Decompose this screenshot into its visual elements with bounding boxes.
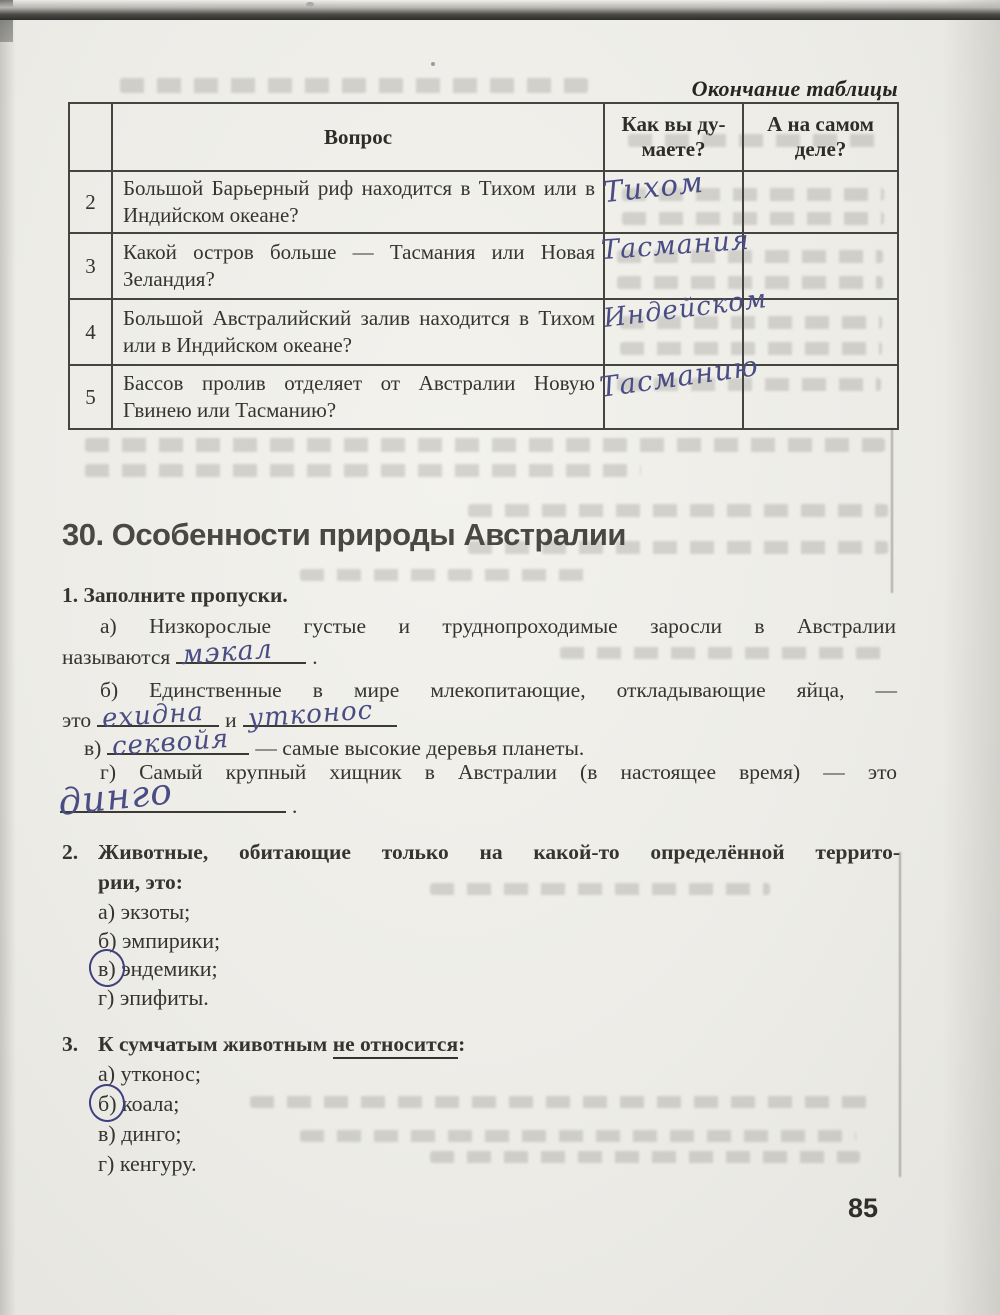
fill-blank: мэкал bbox=[176, 640, 306, 664]
exercise1-d-suffix: . bbox=[292, 794, 297, 818]
exercise1-a-line1: а) Низкорослые густые и труднопроходимые… bbox=[100, 613, 896, 639]
exercise1-a-suffix: . bbox=[312, 645, 317, 669]
fill-blank: ехидна bbox=[97, 703, 219, 727]
exercise2-option-a: а) экзоты; bbox=[98, 899, 190, 925]
row-number: 3 bbox=[69, 233, 112, 299]
table-row: 5 Бассов пролив отделяет от Австралии Но… bbox=[69, 365, 898, 429]
guess-cell: Тихом bbox=[604, 171, 743, 233]
exercise1-b-prefix: это bbox=[62, 708, 91, 732]
handwritten-answer: мэкал bbox=[180, 637, 274, 669]
table-header-actual: А на самом деле? bbox=[743, 103, 898, 171]
actual-cell-empty bbox=[743, 171, 898, 233]
table-row: 3 Какой остров больше — Тасмания или Нов… bbox=[69, 233, 898, 299]
exercise1-b-line2: этоехиднаиутконос bbox=[62, 703, 403, 733]
row-number: 2 bbox=[69, 171, 112, 233]
option-key: г) bbox=[98, 1151, 114, 1177]
row-question: Какой остров больше — Тасмания или Новая… bbox=[112, 233, 604, 299]
quiz-table: Вопрос Как вы ду- маете? А на самом деле… bbox=[68, 102, 899, 430]
row-number: 5 bbox=[69, 365, 112, 429]
table-header-guess: Как вы ду- маете? bbox=[604, 103, 743, 171]
exercise1-a-line2: называютсямэкал. bbox=[62, 640, 318, 670]
bleed-through-line bbox=[468, 504, 888, 517]
fill-blank: утконос bbox=[243, 703, 397, 727]
option-label: коала; bbox=[122, 1091, 179, 1116]
exercise3-option-v: в) динго; bbox=[98, 1121, 182, 1147]
bleed-through-line bbox=[300, 569, 596, 581]
exercise3-option-a: а) утконос; bbox=[98, 1061, 201, 1087]
exercise2-number: 2. bbox=[62, 839, 78, 865]
handwritten-answer: утконос bbox=[247, 697, 374, 732]
scan-edge-shadow bbox=[942, 0, 1000, 1315]
bleed-through-line bbox=[430, 883, 770, 895]
bleed-through-line bbox=[560, 647, 890, 659]
row-number: 4 bbox=[69, 299, 112, 365]
table-header-question: Вопрос bbox=[112, 103, 604, 171]
exercise2-prompt-line2: рии, это: bbox=[98, 869, 183, 895]
page-number: 85 bbox=[848, 1193, 878, 1224]
bleed-through-line bbox=[300, 1130, 856, 1142]
option-label: эндемики; bbox=[121, 956, 217, 981]
handwritten-guess: Тихом bbox=[601, 165, 705, 209]
actual-cell-empty bbox=[743, 299, 898, 365]
bleed-through-line bbox=[85, 464, 641, 477]
option-key: а) bbox=[98, 899, 115, 925]
option-label: кенгуру. bbox=[120, 1151, 197, 1176]
handwritten-answer: динго bbox=[57, 779, 174, 817]
table-row: 4 Большой Австралийский залив находится … bbox=[69, 299, 898, 365]
option-label: экзоты; bbox=[121, 899, 191, 924]
scan-edge-shadow bbox=[0, 0, 16, 1315]
scan-speck bbox=[431, 62, 435, 66]
bleed-through-line bbox=[430, 1151, 860, 1163]
option-key: в) bbox=[98, 1121, 116, 1147]
exercise1-c-line: в)секвойя— самые высокие деревья планеты… bbox=[84, 731, 584, 761]
exercise3-prompt: К сумчатым животным не относится: bbox=[98, 1031, 465, 1057]
option-label: утконос; bbox=[121, 1061, 201, 1086]
table-header-actual-line: А на самом bbox=[748, 112, 893, 137]
handwritten-answer: секвойя bbox=[111, 726, 230, 760]
scan-bottom-edge bbox=[0, 0, 1000, 20]
option-key: г) bbox=[98, 985, 114, 1011]
option-label: динго; bbox=[121, 1121, 181, 1146]
bleed-through-line bbox=[250, 1096, 868, 1108]
table-continuation-note: Окончание таблицы bbox=[560, 76, 898, 102]
table-row: 2 Большой Барьерный риф находится в Тихо… bbox=[69, 171, 898, 233]
exercise1-d-line1: г) Самый крупный хищник в Австралии (в н… bbox=[100, 759, 897, 785]
exercise2-option-g: г) эпифиты. bbox=[98, 985, 209, 1011]
row-question: Бассов пролив отделяет от Австралии Нову… bbox=[112, 365, 604, 429]
exercise2-option-b: б) эмпирики; bbox=[98, 928, 220, 954]
exercise3-option-b: б) коала; bbox=[98, 1091, 179, 1117]
bleed-through-line bbox=[120, 78, 588, 93]
exercise1-title: 1. Заполните пропуски. bbox=[62, 582, 288, 608]
exercise1-a-prefix: называются bbox=[62, 645, 170, 669]
exercise1-b-line1: б) Единственные в мире млекопитающие, от… bbox=[100, 677, 897, 703]
table-header-row: Вопрос Как вы ду- маете? А на самом деле… bbox=[69, 103, 898, 171]
guess-cell: Тасманию bbox=[604, 365, 743, 429]
table-header-empty bbox=[69, 103, 112, 171]
row-question: Большой Барьерный риф находится в Тихом … bbox=[112, 171, 604, 233]
fill-blank: секвойя bbox=[107, 731, 249, 755]
exercise3-prompt-underlined: не относится bbox=[333, 1032, 458, 1059]
section-title: 30. Особенности природы Австралии bbox=[62, 517, 626, 553]
table-header-guess-line: Как вы ду- bbox=[609, 112, 738, 137]
fill-blank: динго bbox=[60, 789, 286, 813]
exercise2-prompt-line1: Животные, обитающие только на какой-то о… bbox=[98, 839, 900, 865]
bleed-through-rule bbox=[899, 852, 901, 1177]
exercise1-d-line2: динго. bbox=[60, 789, 297, 819]
scanned-workbook-page: Окончание таблицы Вопрос Как вы ду- мает… bbox=[0, 0, 1000, 1315]
option-key-circled: в) bbox=[98, 956, 116, 982]
option-label: эпифиты. bbox=[120, 985, 209, 1010]
exercise3-number: 3. bbox=[62, 1031, 78, 1057]
option-key-circled: б) bbox=[98, 1091, 117, 1117]
exercise3-option-g: г) кенгуру. bbox=[98, 1151, 197, 1177]
table-header-guess-line: маете? bbox=[609, 137, 738, 162]
option-label: эмпирики; bbox=[122, 928, 220, 953]
exercise3-prompt-prefix: К сумчатым животным bbox=[98, 1032, 327, 1056]
table-header-actual-line: деле? bbox=[748, 137, 893, 162]
row-question: Большой Австралийский залив находится в … bbox=[112, 299, 604, 365]
bleed-through-rule bbox=[891, 428, 893, 593]
exercise1-c-suffix: — самые высокие деревья планеты. bbox=[255, 736, 584, 760]
exercise3-prompt-suffix: : bbox=[458, 1032, 465, 1056]
bleed-through-line bbox=[85, 438, 885, 452]
exercise2-option-v: в) эндемики; bbox=[98, 956, 218, 982]
actual-cell-empty bbox=[743, 365, 898, 429]
exercise1-c-prefix: в) bbox=[84, 736, 101, 760]
